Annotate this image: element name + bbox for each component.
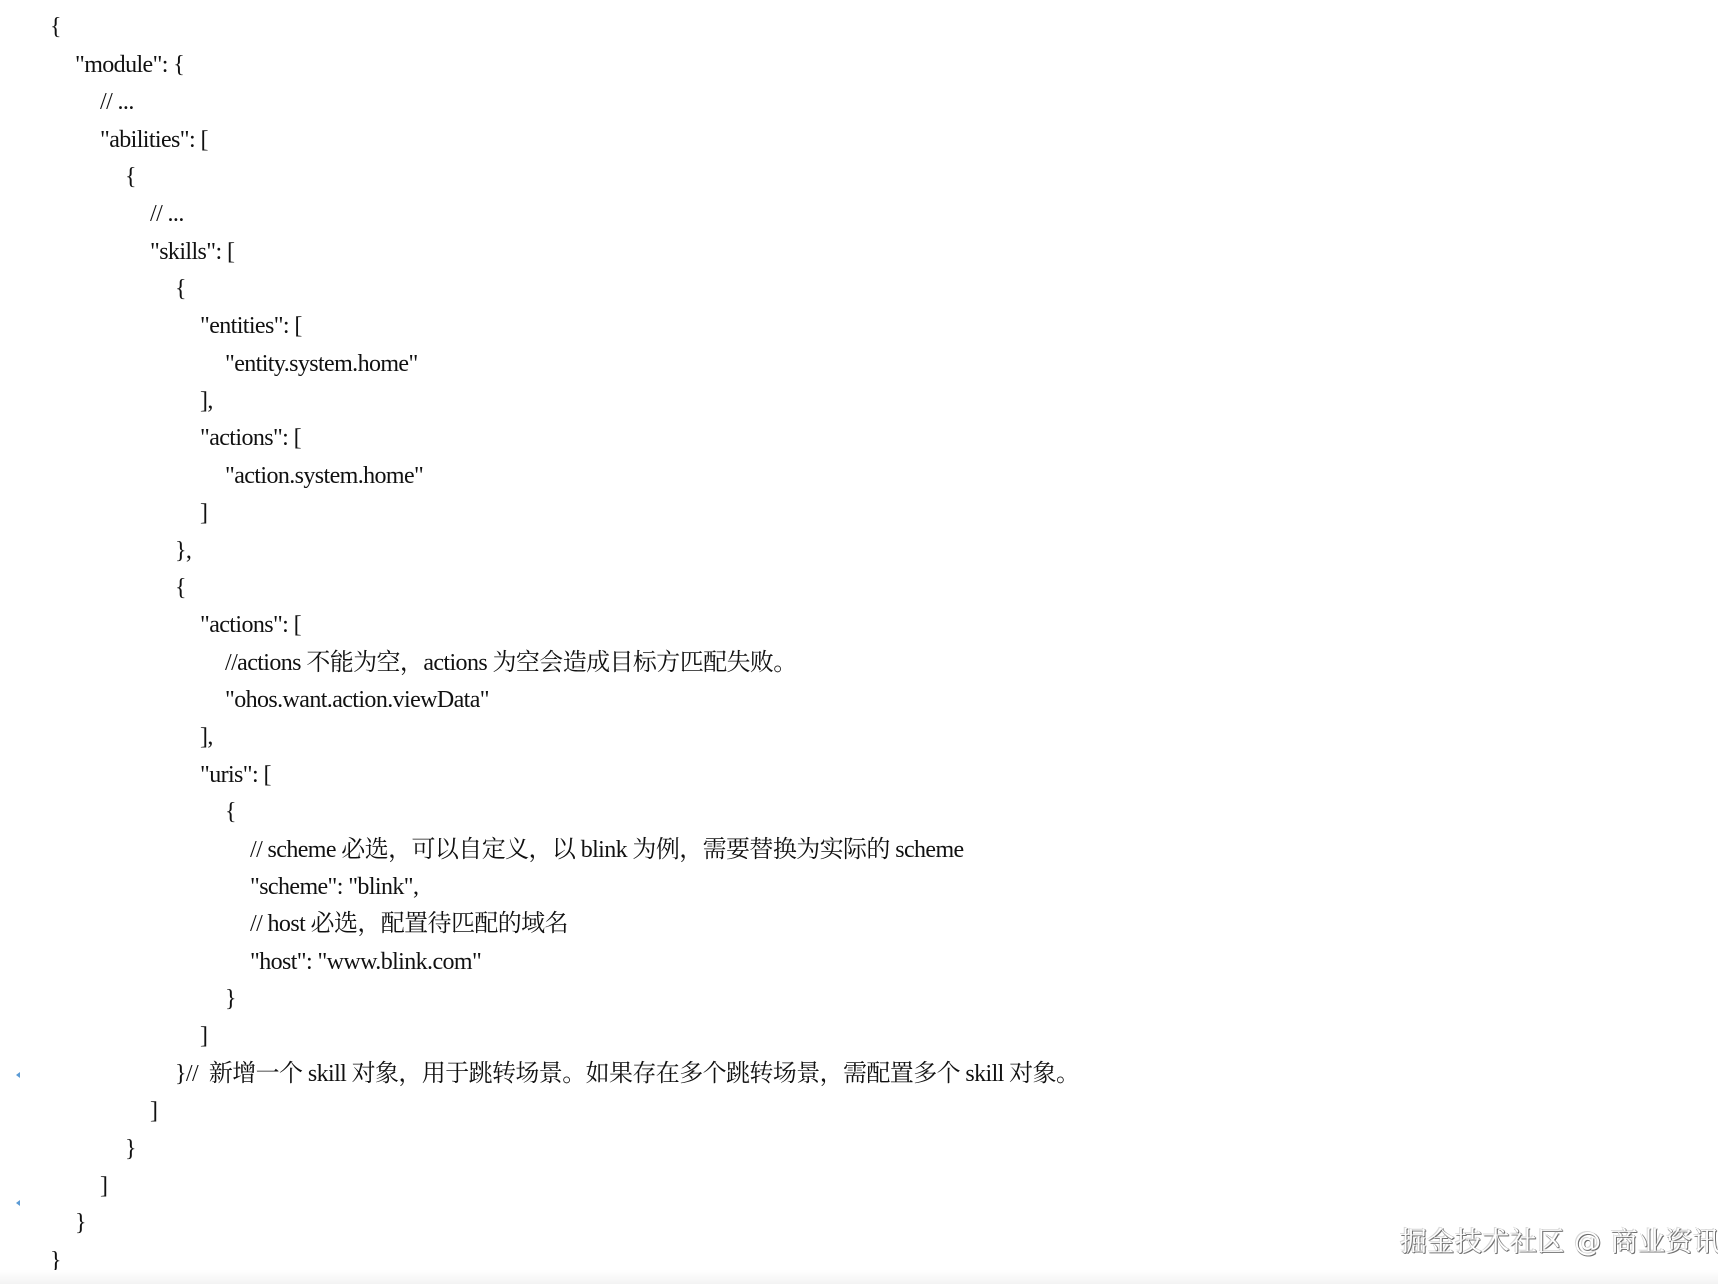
code-line: "uris": [ xyxy=(200,757,271,793)
code-line: "skills": [ xyxy=(150,234,234,270)
code-line: } xyxy=(75,1205,86,1241)
blue-marker-icon xyxy=(16,1072,20,1078)
code-line: { xyxy=(50,9,61,45)
code-line: "scheme": "blink", xyxy=(250,869,418,905)
blue-marker-icon xyxy=(16,1200,20,1206)
code-line: { xyxy=(125,159,136,195)
code-comment: // ... xyxy=(100,84,134,120)
watermark: 掘金技术社区 @ 商业资讯 xyxy=(1400,1220,1718,1259)
code-line: } xyxy=(125,1131,136,1167)
code-line: "ohos.want.action.viewData" xyxy=(225,682,489,718)
code-line: ], xyxy=(200,383,213,419)
code-line: ] xyxy=(200,495,207,531)
code-line: ] xyxy=(200,1018,207,1054)
code-line: { xyxy=(175,570,186,606)
code-line: "action.system.home" xyxy=(225,458,423,494)
bottom-band xyxy=(0,1270,1718,1284)
code-line: "module": { xyxy=(75,47,184,83)
code-comment: //actions 不能为空，actions 为空会造成目标方匹配失败。 xyxy=(225,645,797,681)
code-line: { xyxy=(175,271,186,307)
code-line: }, xyxy=(175,533,191,569)
code-comment: }// 新增一个 skill 对象，用于跳转场景。如果存在多个跳转场景，需配置多… xyxy=(175,1056,1079,1092)
code-line: ], xyxy=(200,719,213,755)
code-line: "actions": [ xyxy=(200,420,301,456)
code-line: "actions": [ xyxy=(200,607,301,643)
code-line: "entity.system.home" xyxy=(225,346,418,382)
code-line: ] xyxy=(100,1168,107,1204)
code-comment: // ... xyxy=(150,196,184,232)
code-line: "abilities": [ xyxy=(100,122,208,158)
code-line: "host": "www.blink.com" xyxy=(250,944,481,980)
code-line: } xyxy=(225,981,236,1017)
code-comment: // host 必选，配置待匹配的域名 xyxy=(250,906,568,942)
code-line: { xyxy=(225,794,236,830)
code-line: "entities": [ xyxy=(200,308,302,344)
code-line: ] xyxy=(150,1093,157,1129)
code-comment: // scheme 必选，可以自定义，以 blink 为例，需要替换为实际的 s… xyxy=(250,832,964,868)
